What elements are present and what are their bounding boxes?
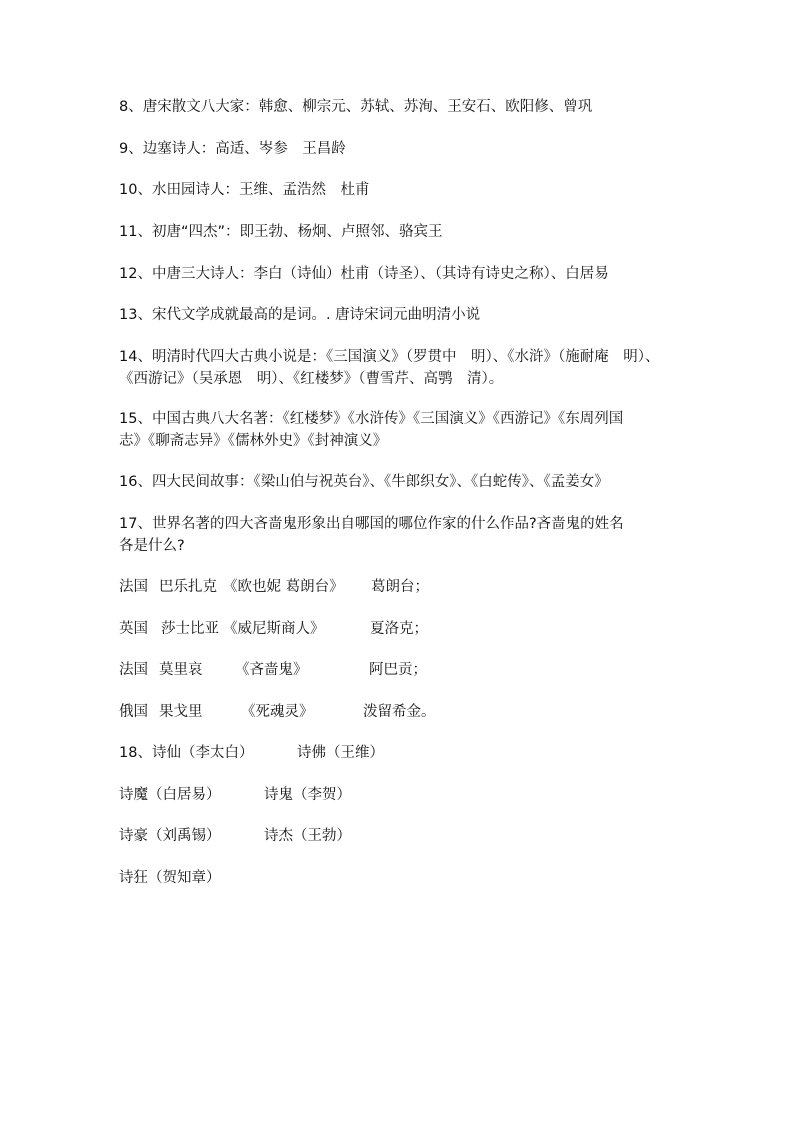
miser-country: 法国 xyxy=(119,576,148,598)
poet-row: 18、诗仙（李太白） 诗佛（王维） xyxy=(119,742,679,764)
poet-row: 诗魔（白居易） 诗鬼（李贺） xyxy=(119,784,679,806)
miser-author: 莫里哀 xyxy=(159,659,203,681)
miser-work: 《死魂灵》 xyxy=(241,701,314,723)
miser-character: 阿巴贡； xyxy=(369,659,427,681)
poet-entry: 诗佛（王维） xyxy=(297,742,384,764)
item-9: 9、边塞诗人：高适、岑参 王昌龄 xyxy=(119,138,679,160)
miser-character: 葛朗台； xyxy=(371,576,429,598)
miser-row: 英国 莎士比亚 《威尼斯商人》 夏洛克； xyxy=(119,618,679,640)
miser-author: 果戈里 xyxy=(159,701,203,723)
poet-entry: 诗狂（贺知章） xyxy=(119,867,221,889)
poet-row: 诗狂（贺知章） xyxy=(119,867,679,889)
miser-country: 俄国 xyxy=(119,701,148,723)
item-15-line1: 15、中国古典八大名著：《红楼梦》《水浒传》《三国演义》《西游记》《东周列国 xyxy=(119,408,679,430)
document-page: 8、唐宋散文八大家：韩愈、柳宗元、苏轼、苏洵、王安石、欧阳修、曾巩 9、边塞诗人… xyxy=(0,0,793,1122)
poet-entry: 诗魔（白居易） xyxy=(119,784,221,806)
item-15-line2: 志》《聊斋志异》《儒林外史》《封神演义》 xyxy=(119,430,679,452)
item-12: 12、中唐三大诗人：李白（诗仙）杜甫（诗圣）、（其诗有诗史之称）、白居易 xyxy=(119,263,679,285)
item-10: 10、水田园诗人：王维、孟浩然 杜甫 xyxy=(119,179,679,201)
poet-entry: 诗杰（王勃） xyxy=(264,825,351,847)
miser-country: 法国 xyxy=(119,659,148,681)
miser-author: 巴乐扎克 xyxy=(159,576,217,598)
poet-row: 诗豪（刘禹锡） 诗杰（王勃） xyxy=(119,825,679,847)
item-14-line2: 《西游记》（吴承恩 明）、《红楼梦》（曹雪芹、高鹗 清）。 xyxy=(119,368,679,390)
item-16: 16、四大民间故事：《梁山伯与祝英台》、《牛郎织女》、《白蛇传》、《孟姜女》 xyxy=(119,471,679,493)
miser-work: 《欧也妮 葛朗台》 xyxy=(223,576,344,598)
miser-character: 泼留希金。 xyxy=(363,701,436,723)
poet-entry: 诗豪（刘禹锡） xyxy=(119,825,221,847)
miser-work: 《威尼斯商人》 xyxy=(223,618,325,640)
miser-row: 法国 莫里哀 《吝啬鬼》 阿巴贡； xyxy=(119,659,679,681)
item-17-line2: 各是什么? xyxy=(119,535,679,557)
miser-row: 俄国 果戈里 《死魂灵》 泼留希金。 xyxy=(119,701,679,723)
miser-author: 莎士比亚 xyxy=(161,618,219,640)
item-13: 13、宋代文学成就最高的是词。. 唐诗宋词元曲明清小说 xyxy=(119,304,679,326)
miser-country: 英国 xyxy=(119,618,148,640)
item-11: 11、初唐“四杰”：即王勃、杨炯、卢照邻、骆宾王 xyxy=(119,221,679,243)
miser-character: 夏洛克； xyxy=(370,618,428,640)
item-17-line1: 17、世界名著的四大吝啬鬼形象出自哪国的哪位作家的什么作品?吝啬鬼的姓名 xyxy=(119,513,679,535)
miser-work: 《吝啬鬼》 xyxy=(235,659,308,681)
poet-entry: 18、诗仙（李太白） xyxy=(119,742,253,764)
item-14-line1: 14、明清时代四大古典小说是：《三国演义》（罗贯中 明）、《水浒》（施耐庵 明）… xyxy=(119,346,679,368)
item-8: 8、唐宋散文八大家：韩愈、柳宗元、苏轼、苏洵、王安石、欧阳修、曾巩 xyxy=(119,96,679,118)
poet-entry: 诗鬼（李贺） xyxy=(264,784,351,806)
miser-row: 法国 巴乐扎克 《欧也妮 葛朗台》 葛朗台； xyxy=(119,576,679,598)
